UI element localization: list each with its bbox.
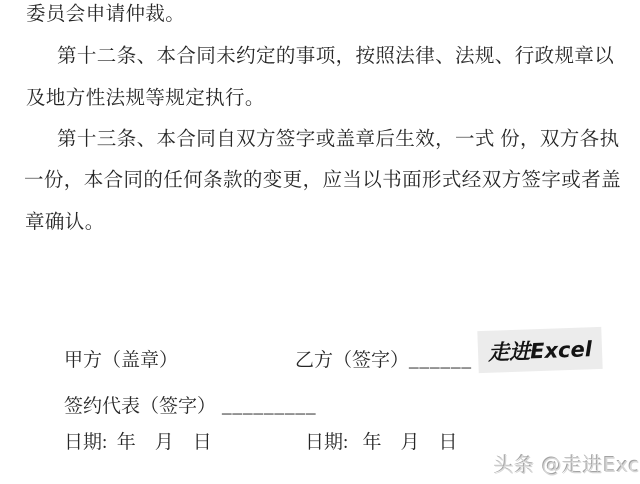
representative-signature-label: 签约代表（签字） [64,396,216,417]
contract-clause-12-continuation: 及地方性法规等规定执行。 [26,88,265,109]
representative-signature-row: 签约代表（签字）_________ [64,397,317,418]
zoujin-excel-logo-watermark: 走进Excel [477,327,602,373]
party-b-signature-label: 乙方（签字） [295,350,409,371]
party-b-signature-row: 乙方（签字）______ [295,351,472,372]
party-a-seal-label: 甲方（盖章） [64,351,178,372]
date-field-right: 日期: 年 月 日 [305,433,458,454]
date-field-left: 日期: 年 月 日 [64,433,212,454]
toutiao-byline-watermark: 头条 @走进Excel [494,449,640,478]
party-b-signature-line: ______ [409,350,472,371]
contract-document-page: 委员会申请仲裁。 第十二条、本合同未约定的事项，按照法律、法规、行政规章以 及地… [0,0,640,484]
representative-signature-line: _________ [222,396,317,417]
contract-clause-12-line: 第十二条、本合同未约定的事项，按照法律、法规、行政规章以 [57,46,614,67]
contract-clause-13-end: 章确认。 [25,212,105,233]
contract-clause-13-continuation: 一份，本合同的任何条款的变更，应当以书面形式经双方签字或者盖 [24,170,621,191]
contract-body-line: 委员会申请仲裁。 [26,4,185,25]
contract-clause-13-line: 第十三条、本合同自双方签字或盖章后生效，一式 份，双方各执 [57,129,619,150]
